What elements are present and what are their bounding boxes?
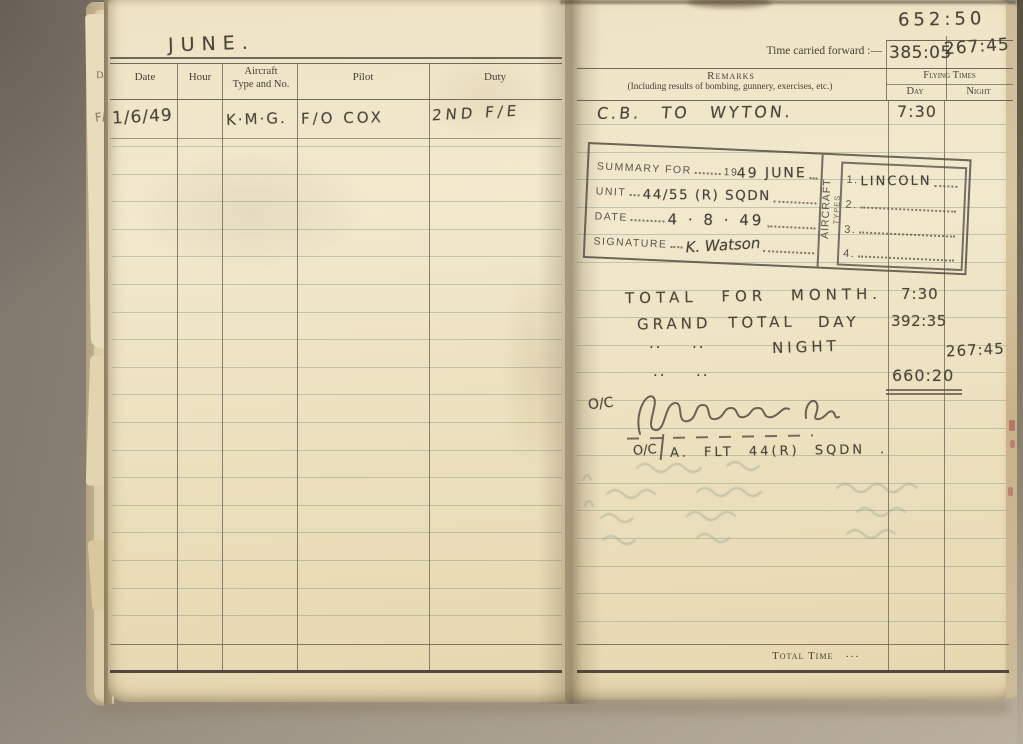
title-underline [110, 57, 562, 59]
dotted-leader [763, 250, 814, 254]
stamp-unit-label: UNIT [595, 185, 626, 198]
oc-signature [630, 388, 858, 440]
dotted-leader [767, 225, 815, 229]
overall-underline-1 [886, 389, 962, 391]
type-row-num: 1. [846, 174, 859, 187]
col-header-hour: Hour [179, 71, 221, 83]
stamp-date-label: DATE [594, 210, 628, 223]
ruled-line [112, 367, 562, 368]
oc-marker-top: O/C [587, 395, 614, 414]
left-col-line-1 [177, 63, 178, 671]
left-col-line-2 [222, 63, 223, 671]
entry-day-time: 7:30 [897, 102, 937, 121]
grand-total-day-word: DAY [818, 313, 860, 331]
ruled-line [112, 615, 562, 616]
dotted-leader [860, 206, 956, 212]
entry-remarks: C.B. TO WYTON. [596, 102, 794, 123]
ruled-line [112, 422, 562, 423]
red-mark-1 [1009, 420, 1015, 431]
type-row-num: 4. [843, 248, 856, 261]
dotted-leader [858, 255, 954, 261]
night-column-label: Night [944, 86, 1013, 97]
stamp-signature: K. Watson [685, 234, 761, 256]
scan-right-gutter [1017, 0, 1023, 744]
stain-3 [130, 150, 370, 270]
entry-date: 1/6/49 [112, 105, 174, 128]
remarks-title: Remarks [585, 70, 877, 82]
entry-pilot: F/O COX [301, 108, 384, 127]
col-header-date: Date [118, 71, 172, 83]
right-header-bottom-line [577, 100, 1013, 101]
ruled-line [112, 450, 562, 451]
grand-total-overall-value: 660:20 [892, 366, 954, 385]
type-row-num: 3. [844, 224, 857, 237]
right-bottom-thin-line [577, 644, 1009, 645]
dotted-leader [809, 177, 818, 179]
bleedthrough-writing [577, 450, 1013, 560]
dotted-leader [631, 219, 665, 223]
left-bottom-thin-line [110, 644, 562, 645]
dotted-leader [773, 200, 816, 204]
col-header-aircraft-1: Aircraft [226, 66, 296, 77]
stamp-signature-label: SIGNATURE [593, 235, 667, 250]
grand-total-night-value: 267:45 [946, 339, 1006, 360]
page-bottom-shadow [95, 700, 1010, 714]
summary-stamp: SUMMARY FOR 19 49 JUNE UNIT 44/55 (R) SQ… [583, 142, 972, 275]
dotted-leader [670, 246, 682, 249]
left-col-line-3 [297, 63, 298, 671]
stain-2 [500, 260, 570, 480]
type-row-value: LINCOLN [861, 174, 932, 189]
left-col-line-4 [429, 63, 430, 671]
type-row-num: 2. [845, 199, 858, 212]
right-bottom-heavy-line [577, 670, 1009, 673]
ruled-line [112, 312, 562, 313]
dotted-leader [859, 231, 955, 237]
ditto-mark: .. [653, 362, 667, 380]
ditto-mark: .. [696, 362, 710, 380]
dotted-leader [935, 185, 958, 188]
total-time-label: Total Time [772, 650, 833, 662]
flying-times-label: Flying Times [886, 70, 1013, 81]
red-mark-2 [1010, 440, 1015, 448]
ruled-line [112, 339, 562, 340]
carried-forward-top-value: 652:50 [898, 8, 986, 31]
col-header-duty: Duty [462, 71, 528, 83]
ruled-line [112, 394, 562, 395]
stamp-aircraft-types-box: 1. LINCOLN 2. 3. 4. [837, 162, 968, 272]
total-time-dots: ... [846, 648, 860, 660]
ruled-line [112, 560, 562, 561]
left-bottom-heavy-line [110, 670, 562, 673]
remarks-subtitle: (Including results of bombing, gunnery, … [577, 82, 883, 92]
ditto-mark: .. [692, 334, 706, 352]
ruled-line [112, 284, 562, 285]
ruled-line [112, 532, 562, 533]
grand-total-night-word: NIGHT [772, 337, 840, 357]
carried-forward-day: 385:05 [889, 43, 952, 63]
entry-aircraft: K·M·G. [226, 109, 287, 129]
total-for-month-value: 7:30 [901, 285, 939, 303]
col-header-aircraft-2: Type and No. [224, 79, 298, 90]
dotted-leader [629, 194, 639, 196]
stamp-summary-value: 49 JUNE [736, 165, 806, 181]
flying-times-underline [886, 84, 1013, 85]
ruled-line [112, 477, 562, 478]
logbook-scan: Dat F/ JUNE. Date Hour Aircraft Type and… [0, 0, 1023, 744]
carried-forward-label: Time carried forward :— [680, 45, 882, 57]
dotted-leader [695, 172, 721, 175]
ruled-line [112, 505, 562, 506]
ruled-line [112, 146, 562, 147]
entry-row-line [110, 138, 562, 139]
month-title: JUNE. [168, 31, 255, 56]
day-column-label: Day [886, 86, 944, 97]
ruled-line [112, 588, 562, 589]
grand-total-day-value: 392:35 [891, 312, 947, 330]
overall-underline-2 [886, 393, 962, 395]
grand-total-label: GRAND TOTAL [637, 313, 796, 334]
ditto-mark: .. [649, 334, 663, 352]
col-header-pilot: Pilot [330, 71, 396, 83]
book-top-edge [560, 0, 1016, 4]
